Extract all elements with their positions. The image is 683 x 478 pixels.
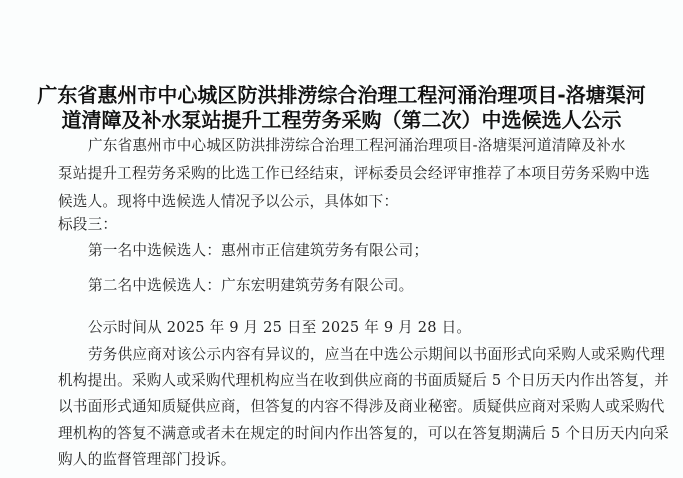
objection-line-3: 以书面形式通知质疑供应商，但答复的内容不得涉及商业秘密。质疑供应商对采购人或采购… bbox=[58, 395, 665, 416]
objection-line-1: 劳务供应商对该公示内容有异议的，应当在中选公示期间以书面形式向采购人或采购代理 bbox=[88, 343, 665, 364]
objection-line-2: 机构提出。采购人或采购代理机构应当在收到供应商的书面质疑后 5 个日历天内作出答… bbox=[58, 369, 669, 390]
objection-line-5: 购人的监督管理部门投诉。 bbox=[58, 448, 236, 469]
candidate-first: 第一名中选候选人：惠州市正信建筑劳务有限公司； bbox=[88, 239, 428, 260]
document-title-line-2: 道清障及补水泵站提升工程劳务采购（第二次）中选候选人公示 bbox=[0, 104, 683, 133]
intro-line-3: 候选人。现将中选候选人情况予以公示，具体如下： bbox=[58, 190, 398, 211]
intro-line-1: 广东省惠州市中心城区防洪排涝综合治理工程河涌治理项目-洛塘渠河道清障及补水 bbox=[88, 134, 626, 155]
objection-line-4: 理机构的答复不满意或者未在规定的时间内作出答复的，可以在答复期满后 5 个日历天… bbox=[58, 422, 669, 443]
publicity-period: 公示时间从 2025 年 9 月 25 日至 2025 年 9 月 28 日。 bbox=[88, 316, 471, 337]
section-label: 标段三： bbox=[58, 213, 117, 234]
intro-line-2: 泵站提升工程劳务采购的比选工作已经结束，评标委员会经评审推荐了本项目劳务采购中选 bbox=[58, 162, 650, 183]
candidate-second: 第二名中选候选人：广东宏明建筑劳务有限公司。 bbox=[88, 274, 413, 295]
